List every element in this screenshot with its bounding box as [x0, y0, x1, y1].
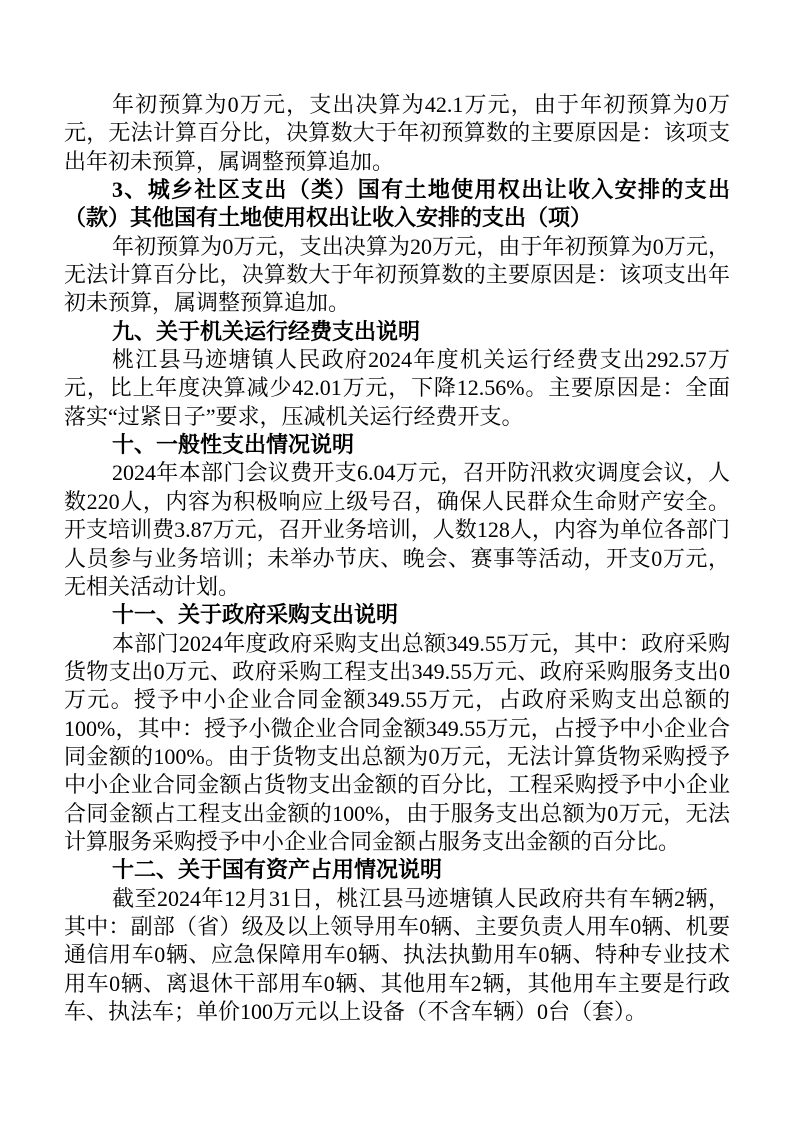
- para-general-expenditure: 2024年本部门会议费开支6.04万元，召开防汛救灾调度会议，人数220人，内容…: [64, 459, 730, 601]
- document-page: 年初预算为0万元，支出决算为42.1万元，由于年初预算为0万元，无法计算百分比，…: [0, 0, 793, 1122]
- para-state-owned-assets: 截至2024年12月31日，桃江县马迹塘镇人民政府共有车辆2辆，其中：副部（省）…: [64, 885, 730, 1027]
- heading-item-3-urban-community-expenditure: 3、城乡社区支出（类）国有土地使用权出让收入安排的支出（款）其他国有土地使用权出…: [64, 176, 730, 233]
- heading-section-9-agency-operating-expenses: 九、关于机关运行经费支出说明: [64, 318, 730, 346]
- para-budget-note-20: 年初预算为0万元，支出决算为20万元，由于年初预算为0万元，无法计算百分比，决算…: [64, 233, 730, 318]
- para-government-procurement: 本部门2024年度政府采购支出总额349.55万元，其中：政府采购货物支出0万元…: [64, 630, 730, 857]
- para-budget-note-42-1: 年初预算为0万元，支出决算为42.1万元，由于年初预算为0万元，无法计算百分比，…: [64, 91, 730, 176]
- heading-section-11-government-procurement: 十一、关于政府采购支出说明: [64, 601, 730, 629]
- heading-section-12-state-owned-assets: 十二、关于国有资产占用情况说明: [64, 856, 730, 884]
- heading-section-10-general-expenditure: 十、一般性支出情况说明: [64, 431, 730, 459]
- para-agency-operating-expenses: 桃江县马迹塘镇人民政府2024年度机关运行经费支出292.57万元，比上年度决算…: [64, 346, 730, 431]
